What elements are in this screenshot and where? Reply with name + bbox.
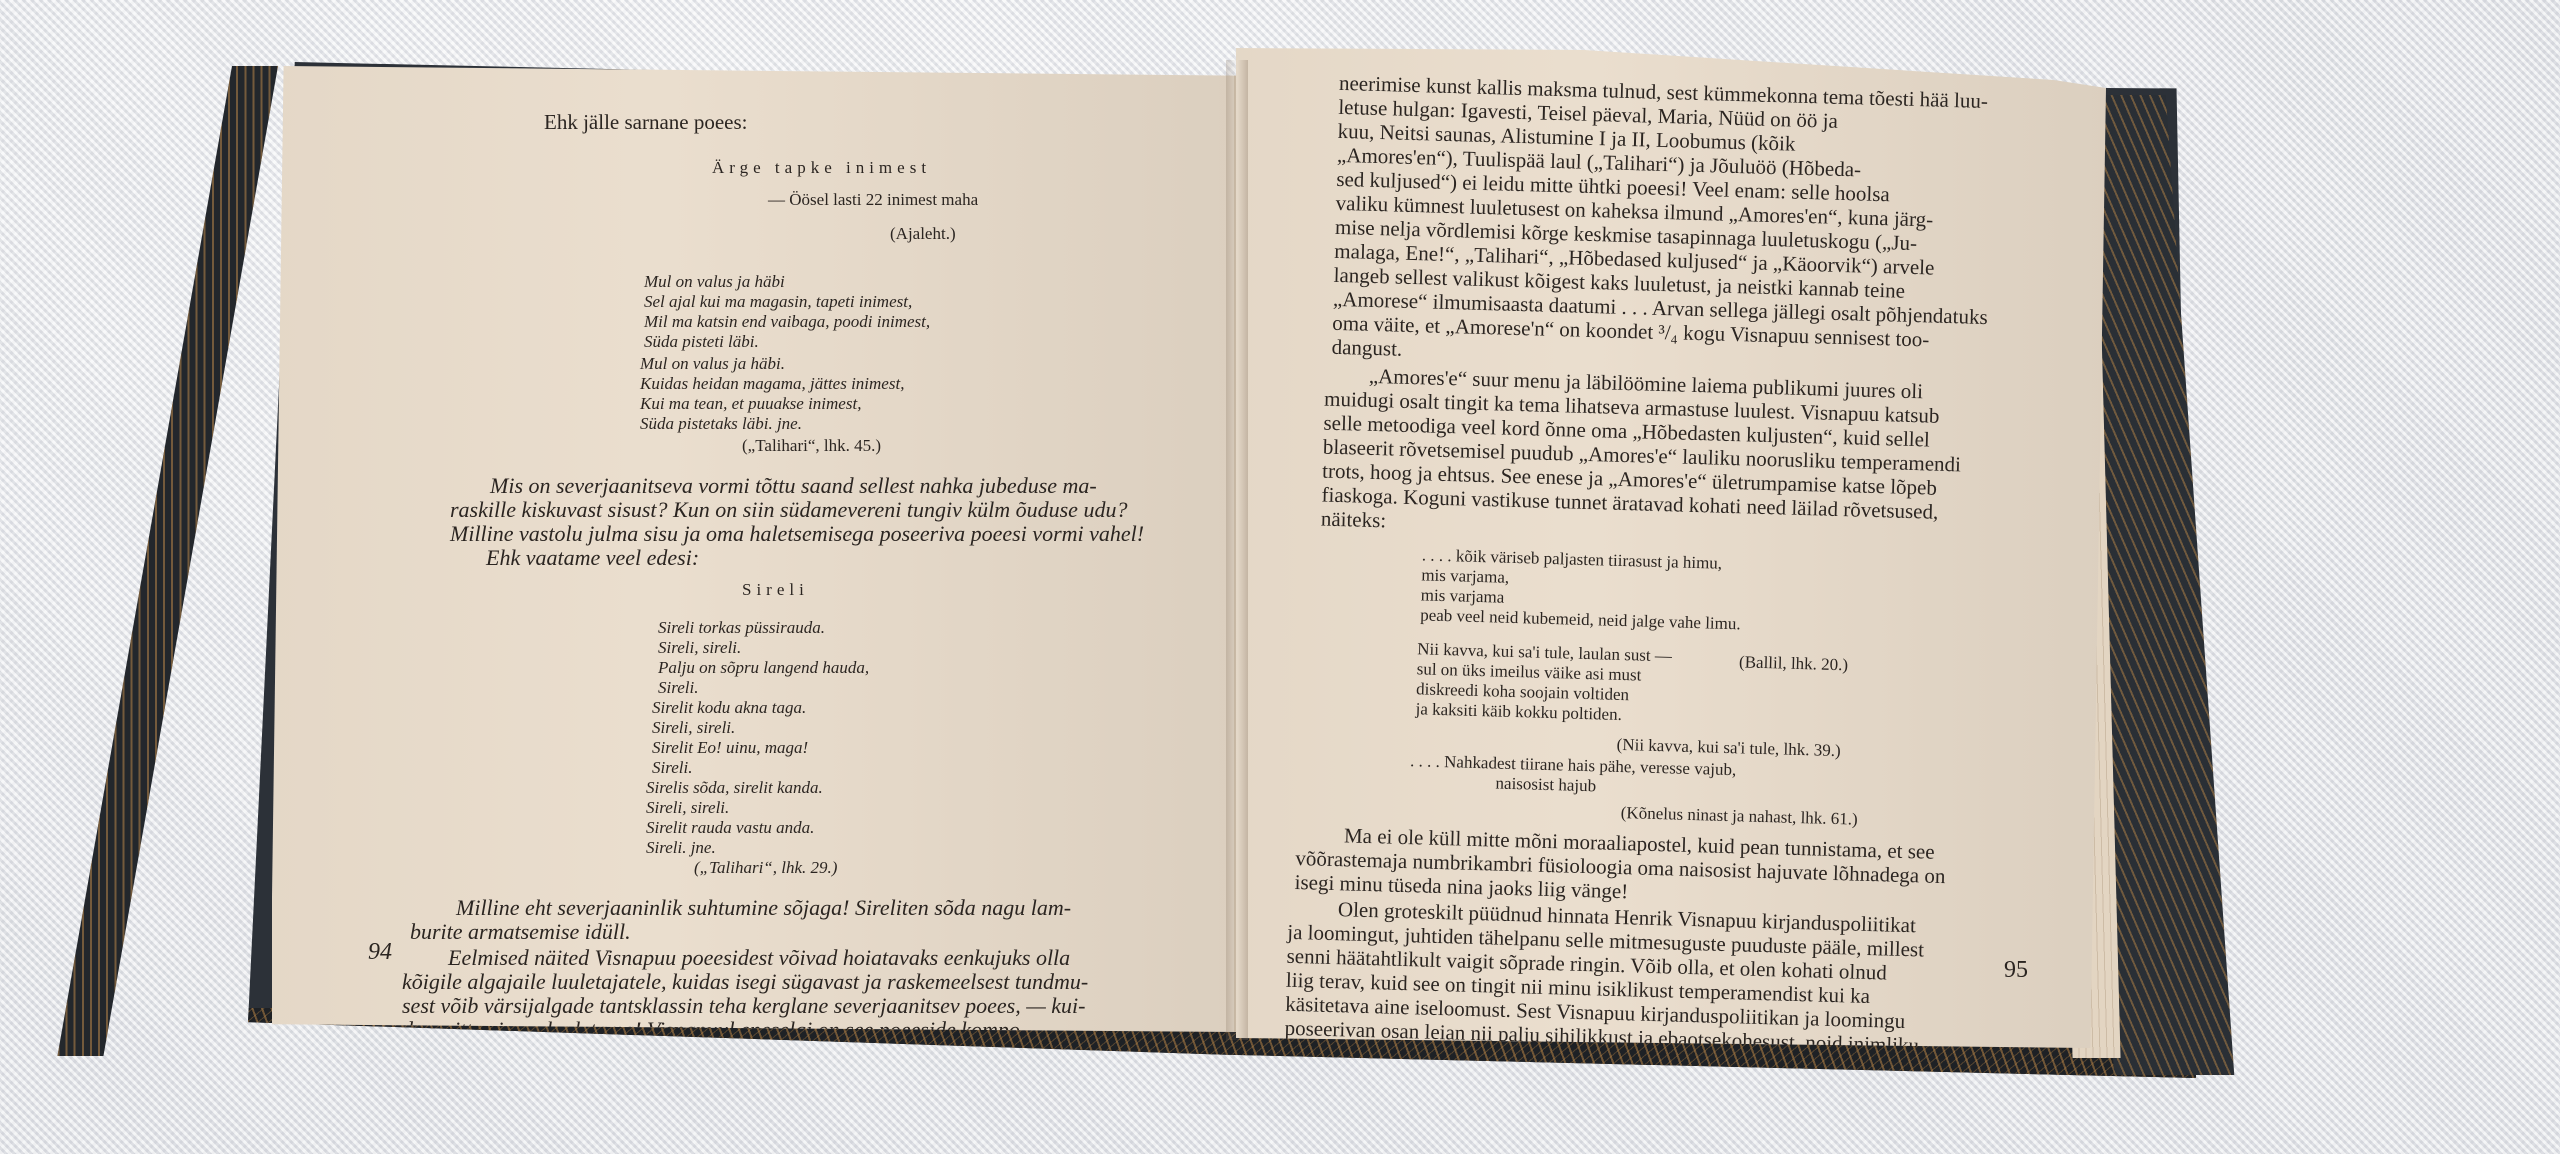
verse-line: Süda pisteti läbi. [644, 332, 930, 352]
quote-3: . . . . Nahkadest tiirane hais pähe, ver… [1409, 751, 1736, 800]
poem2-stanza2: Sirelit kodu akna taga. Sireli, sireli. … [652, 698, 808, 778]
paragraph-1: Mis on severjaanitseva vormi tõttu saand… [450, 474, 1144, 570]
verse-line: Sirelit kodu akna taga. [652, 698, 808, 718]
verse-line: Sirelit rauda vastu anda. [646, 818, 823, 838]
page-number-left: 94 [368, 940, 392, 965]
text-line: burite armatsemise idüll. [410, 920, 1071, 944]
verse-line: Mul on valus ja häbi. [640, 354, 904, 374]
verse-line: Sireli, sireli. [652, 718, 808, 738]
verse-line: Sireli. jne. [646, 838, 823, 858]
verse-line: Sireli, sireli. [646, 798, 823, 818]
text-line: Milline vastolu julma sisu ja oma halets… [450, 522, 1144, 546]
poem1-stanza1: Mul on valus ja häbi Sel ajal kui ma mag… [644, 272, 930, 352]
verse-line: Sirelit Eo! uinu, maga! [652, 738, 808, 758]
poem2-stanza3: Sirelis sõda, sirelit kanda. Sireli, sir… [646, 778, 823, 858]
verse-line: Mil ma katsin end vaibaga, poodi inimest… [644, 312, 930, 332]
text-line: raskille kiskuvast sisust? Kun on siin s… [450, 498, 1144, 522]
left-page: Ehk jälle sarnane poees: Ärge tapke inim… [272, 66, 1237, 1032]
book-cover-marbled-edge-left [57, 66, 278, 1056]
quote-3-source: (Kõnelus ninast ja nahast, lhk. 61.) [1621, 803, 1858, 830]
paragraph-1: neerimise kunst kallis maksma tulnud, se… [1331, 71, 1994, 377]
verse-line: Palju on sõpru langend hauda, [658, 658, 869, 678]
text-line: Eelmised näited Visnapuu poeesidest võiv… [402, 946, 1088, 970]
poem1-epigraph: — Öösel lasti 22 inimest maha [768, 190, 978, 210]
poem1-title: Ärge tapke inimest [712, 158, 931, 178]
text-line: Mis on severjaanitseva vormi tõttu saand… [450, 474, 1144, 498]
poem2-source: („Talihari“, lhk. 29.) [694, 858, 837, 878]
paragraph-2: Milline eht severjaaninlik suhtumine sõj… [410, 896, 1071, 944]
book-gutter [1226, 60, 1248, 1040]
verse-line: Sireli torkas püssirauda. [658, 618, 869, 638]
poem2-stanza1: Sireli torkas püssirauda. Sireli, sireli… [658, 618, 869, 698]
text-line: kõigile algajaile luuletajatele, kuidas … [402, 970, 1088, 994]
quote-1-source: (Ballil, lhk. 20.) [1739, 652, 1849, 675]
verse-line: Kui ma tean, et puuakse inimest, [640, 394, 904, 414]
poem1-stanza2: Mul on valus ja häbi. Kuidas heidan maga… [640, 354, 904, 434]
intro-line: Ehk jälle sarnane poees: [544, 110, 748, 135]
verse-line: Mul on valus ja häbi [644, 272, 930, 292]
poem1-epigraph-source: (Ajaleht.) [890, 224, 956, 244]
transition-line: Ehk vaatame veel edesi: [450, 546, 1144, 570]
verse-line: Kuidas heidan magama, jättes inimest, [640, 374, 904, 394]
page-number-right: 95 [2004, 958, 2028, 983]
verse-line: Sireli, sireli. [658, 638, 869, 658]
verse-line: Sel ajal kui ma magasin, tapeti inimest, [644, 292, 930, 312]
verse-line: Sireli. [652, 758, 808, 778]
text-line: sest võib värsijalgade tantsklassin teha… [402, 994, 1088, 1018]
quote-1: . . . . kõik väriseb paljasten tiirasust… [1420, 545, 1743, 634]
verse-line: Sirelis sõda, sirelit kanda. [646, 778, 823, 798]
verse-line: Sireli. [658, 678, 869, 698]
right-page: neerimise kunst kallis maksma tulnud, se… [1236, 48, 2106, 1048]
quote-2: Nii kavva, kui sa'i tule, laulan sust — … [1415, 639, 1672, 726]
verse-line: Süda pistetaks läbi. jne. [640, 414, 904, 434]
poem1-source: („Talihari“, lhk. 45.) [742, 436, 881, 456]
paragraph-2: „Amores'e“ suur menu ja läbilöömine laie… [1321, 363, 1964, 549]
text-line: Milline eht severjaaninlik suhtumine sõj… [410, 896, 1071, 920]
poem2-title: Sireli [742, 580, 809, 600]
